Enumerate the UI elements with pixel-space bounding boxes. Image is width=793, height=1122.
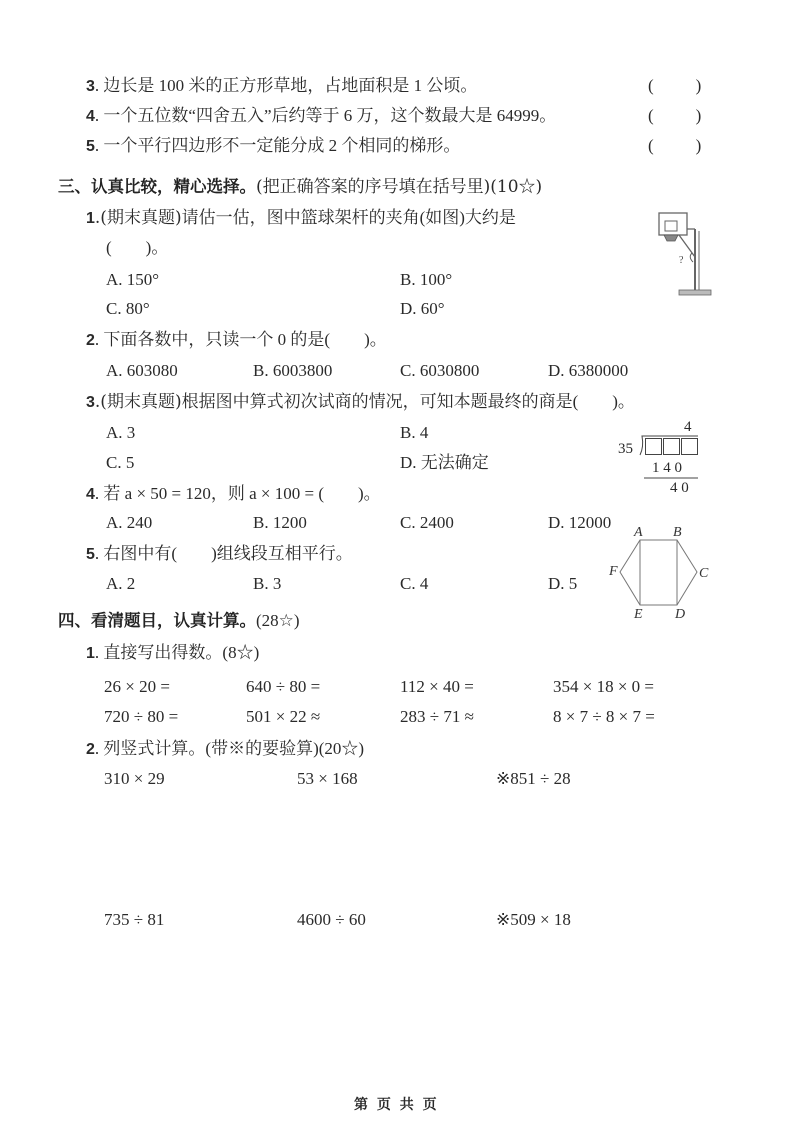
angle-label: ? <box>679 255 684 266</box>
option-a[interactable]: A. 603080 <box>106 361 178 381</box>
option-d[interactable]: D. 6380000 <box>548 361 628 381</box>
calc-question-1: 1. 直接写出得数。(8☆) <box>86 643 259 664</box>
mc-question-3: 3.(期末真题)根据图中算式初次试商的情况，可知本题最终的商是( )。 <box>86 392 635 413</box>
question-text: . 列竖式计算。(带※的要验算)(20☆) <box>95 739 364 758</box>
option-d[interactable]: D. 无法确定 <box>400 453 489 473</box>
paren-close: ) <box>696 106 702 125</box>
item-text: . 一个平行四边形不一定能分成 2 个相同的梯形。 <box>95 136 461 155</box>
section3-heading: 三、认真比较，精心选择。(把正确答案的序号填在括号里)(10☆) <box>58 177 542 197</box>
option-c[interactable]: C. 80° <box>106 299 150 319</box>
oral-calc-item[interactable]: 8 × 7 ÷ 8 × 7 = <box>553 707 655 727</box>
answer-blank-3[interactable]: () <box>648 76 701 96</box>
question-number: 1 <box>86 645 95 662</box>
hexagon-figure: A B C D E F <box>606 520 716 620</box>
option-c[interactable]: C. 2400 <box>400 513 454 533</box>
oral-calc-item[interactable]: 112 × 40 = <box>400 677 474 697</box>
question-text: 请估一估，图中篮球架杆的夹角(如图)大约是 <box>182 208 516 227</box>
option-c[interactable]: C. 6030800 <box>400 361 479 381</box>
item-number: 5 <box>86 138 95 155</box>
mc-question-1-blank[interactable]: ( )。 <box>106 238 168 258</box>
option-d[interactable]: D. 12000 <box>548 513 611 533</box>
question-text: 根据图中算式初次试商的情况，可知本题最终的商是( )。 <box>182 392 635 411</box>
mc-question-1: 1.(期末真题)请估一估，图中篮球架杆的夹角(如图)大约是 <box>86 208 516 229</box>
item-text: . 一个五位数“四舍五入”后约等于 6 万，这个数最大是 64999。 <box>95 106 556 125</box>
vertex-label-c: C <box>699 566 709 581</box>
paren-open: ( <box>648 106 654 125</box>
oral-calc-item[interactable]: 354 × 18 × 0 = <box>553 677 654 697</box>
oral-calc-item[interactable]: 26 × 20 = <box>104 677 170 697</box>
item-number: 4 <box>86 108 95 125</box>
section4-heading: 四、看清题目，认真计算。(28☆) <box>58 611 300 631</box>
option-d[interactable]: D. 5 <box>548 574 577 594</box>
long-division-figure: 4 35 1 4 0 4 0 <box>618 417 708 497</box>
question-number: 4 <box>86 486 95 503</box>
partial-product: 1 4 0 <box>652 458 682 478</box>
option-b[interactable]: B. 3 <box>253 574 281 594</box>
option-b[interactable]: B. 4 <box>400 423 428 443</box>
option-b[interactable]: B. 100° <box>400 270 452 290</box>
answer-blank-5[interactable]: () <box>648 136 701 156</box>
question-number: 1 <box>86 210 95 227</box>
hexagon-icon: A B C D E F <box>606 520 716 620</box>
judge-item-4: 4. 一个五位数“四舍五入”后约等于 6 万，这个数最大是 64999。 <box>86 106 556 127</box>
basketball-hoop-figure: ? <box>655 205 715 300</box>
option-a[interactable]: A. 150° <box>106 270 159 290</box>
question-number: 3 <box>86 394 95 411</box>
judge-item-5: 5. 一个平行四边形不一定能分成 2 个相同的梯形。 <box>86 136 460 157</box>
dividend-boxes <box>645 437 699 455</box>
paren-close: ) <box>696 136 702 155</box>
digit-box <box>681 438 698 455</box>
option-b[interactable]: B. 1200 <box>253 513 307 533</box>
option-d[interactable]: D. 60° <box>400 299 445 319</box>
vertical-calc-item[interactable]: 4600 ÷ 60 <box>297 910 366 930</box>
item-number: 3 <box>86 78 95 95</box>
question-text: . 直接写出得数。(8☆) <box>95 643 259 662</box>
digit-box <box>663 438 680 455</box>
question-tag: .(期末真题) <box>95 392 182 412</box>
vertical-calc-item[interactable]: 310 × 29 <box>104 769 165 789</box>
section-note: (把正确答案的序号填在括号里)(10☆) <box>256 177 542 197</box>
option-a[interactable]: A. 2 <box>106 574 135 594</box>
oral-calc-item[interactable]: 283 ÷ 71 ≈ <box>400 707 474 727</box>
vertical-calc-item[interactable]: 735 ÷ 81 <box>104 910 164 930</box>
digit-box <box>645 438 662 455</box>
vertex-label-d: D <box>674 607 685 622</box>
section-title: 四、看清题目，认真计算。 <box>58 611 256 630</box>
paren-open: ( <box>648 136 654 155</box>
question-text: . 右图中有( )组线段互相平行。 <box>95 544 353 563</box>
mc-question-4: 4. 若 a × 50 = 120，则 a × 100 = ( )。 <box>86 484 381 505</box>
mc-question-2: 2. 下面各数中，只读一个 0 的是( )。 <box>86 330 387 351</box>
judge-item-3: 3. 边长是 100 米的正方形草地，占地面积是 1 公顷。 <box>86 76 477 97</box>
mc-question-5: 5. 右图中有( )组线段互相平行。 <box>86 544 353 565</box>
item-text: . 边长是 100 米的正方形草地，占地面积是 1 公顷。 <box>95 76 478 95</box>
basketball-hoop-icon: ? <box>655 205 715 300</box>
page-footer: 第 页 共 页 <box>354 1094 439 1114</box>
section-title: 三、认真比较，精心选择。 <box>58 177 256 196</box>
remainder: 4 0 <box>670 478 689 498</box>
section-note: (28☆) <box>256 611 300 630</box>
oral-calc-item[interactable]: 501 × 22 ≈ <box>246 707 320 727</box>
option-a[interactable]: A. 3 <box>106 423 135 443</box>
option-a[interactable]: A. 240 <box>106 513 152 533</box>
calc-question-2: 2. 列竖式计算。(带※的要验算)(20☆) <box>86 739 364 760</box>
vertical-calc-item[interactable]: 53 × 168 <box>297 769 358 789</box>
vertical-calc-item[interactable]: ※509 × 18 <box>496 910 571 930</box>
question-text: . 下面各数中，只读一个 0 的是( )。 <box>95 330 387 349</box>
oral-calc-item[interactable]: 640 ÷ 80 = <box>246 677 320 697</box>
question-number: 2 <box>86 332 95 349</box>
paren-open: ( <box>648 76 654 95</box>
answer-blank-4[interactable]: () <box>648 106 701 126</box>
vertex-label-b: B <box>673 525 682 540</box>
vertical-calc-item[interactable]: ※851 ÷ 28 <box>496 769 571 789</box>
option-c[interactable]: C. 4 <box>400 574 428 594</box>
paren-close: ) <box>696 76 702 95</box>
vertex-label-f: F <box>608 564 618 579</box>
question-text: . 若 a × 50 = 120，则 a × 100 = ( )。 <box>95 484 381 503</box>
question-number: 2 <box>86 741 95 758</box>
option-c[interactable]: C. 5 <box>106 453 134 473</box>
option-b[interactable]: B. 6003800 <box>253 361 332 381</box>
vertex-label-e: E <box>633 607 643 622</box>
oral-calc-item[interactable]: 720 ÷ 80 = <box>104 707 178 727</box>
question-tag: .(期末真题) <box>95 208 182 228</box>
question-number: 5 <box>86 546 95 563</box>
division-bracket-icon <box>618 417 708 497</box>
vertex-label-a: A <box>633 525 643 540</box>
